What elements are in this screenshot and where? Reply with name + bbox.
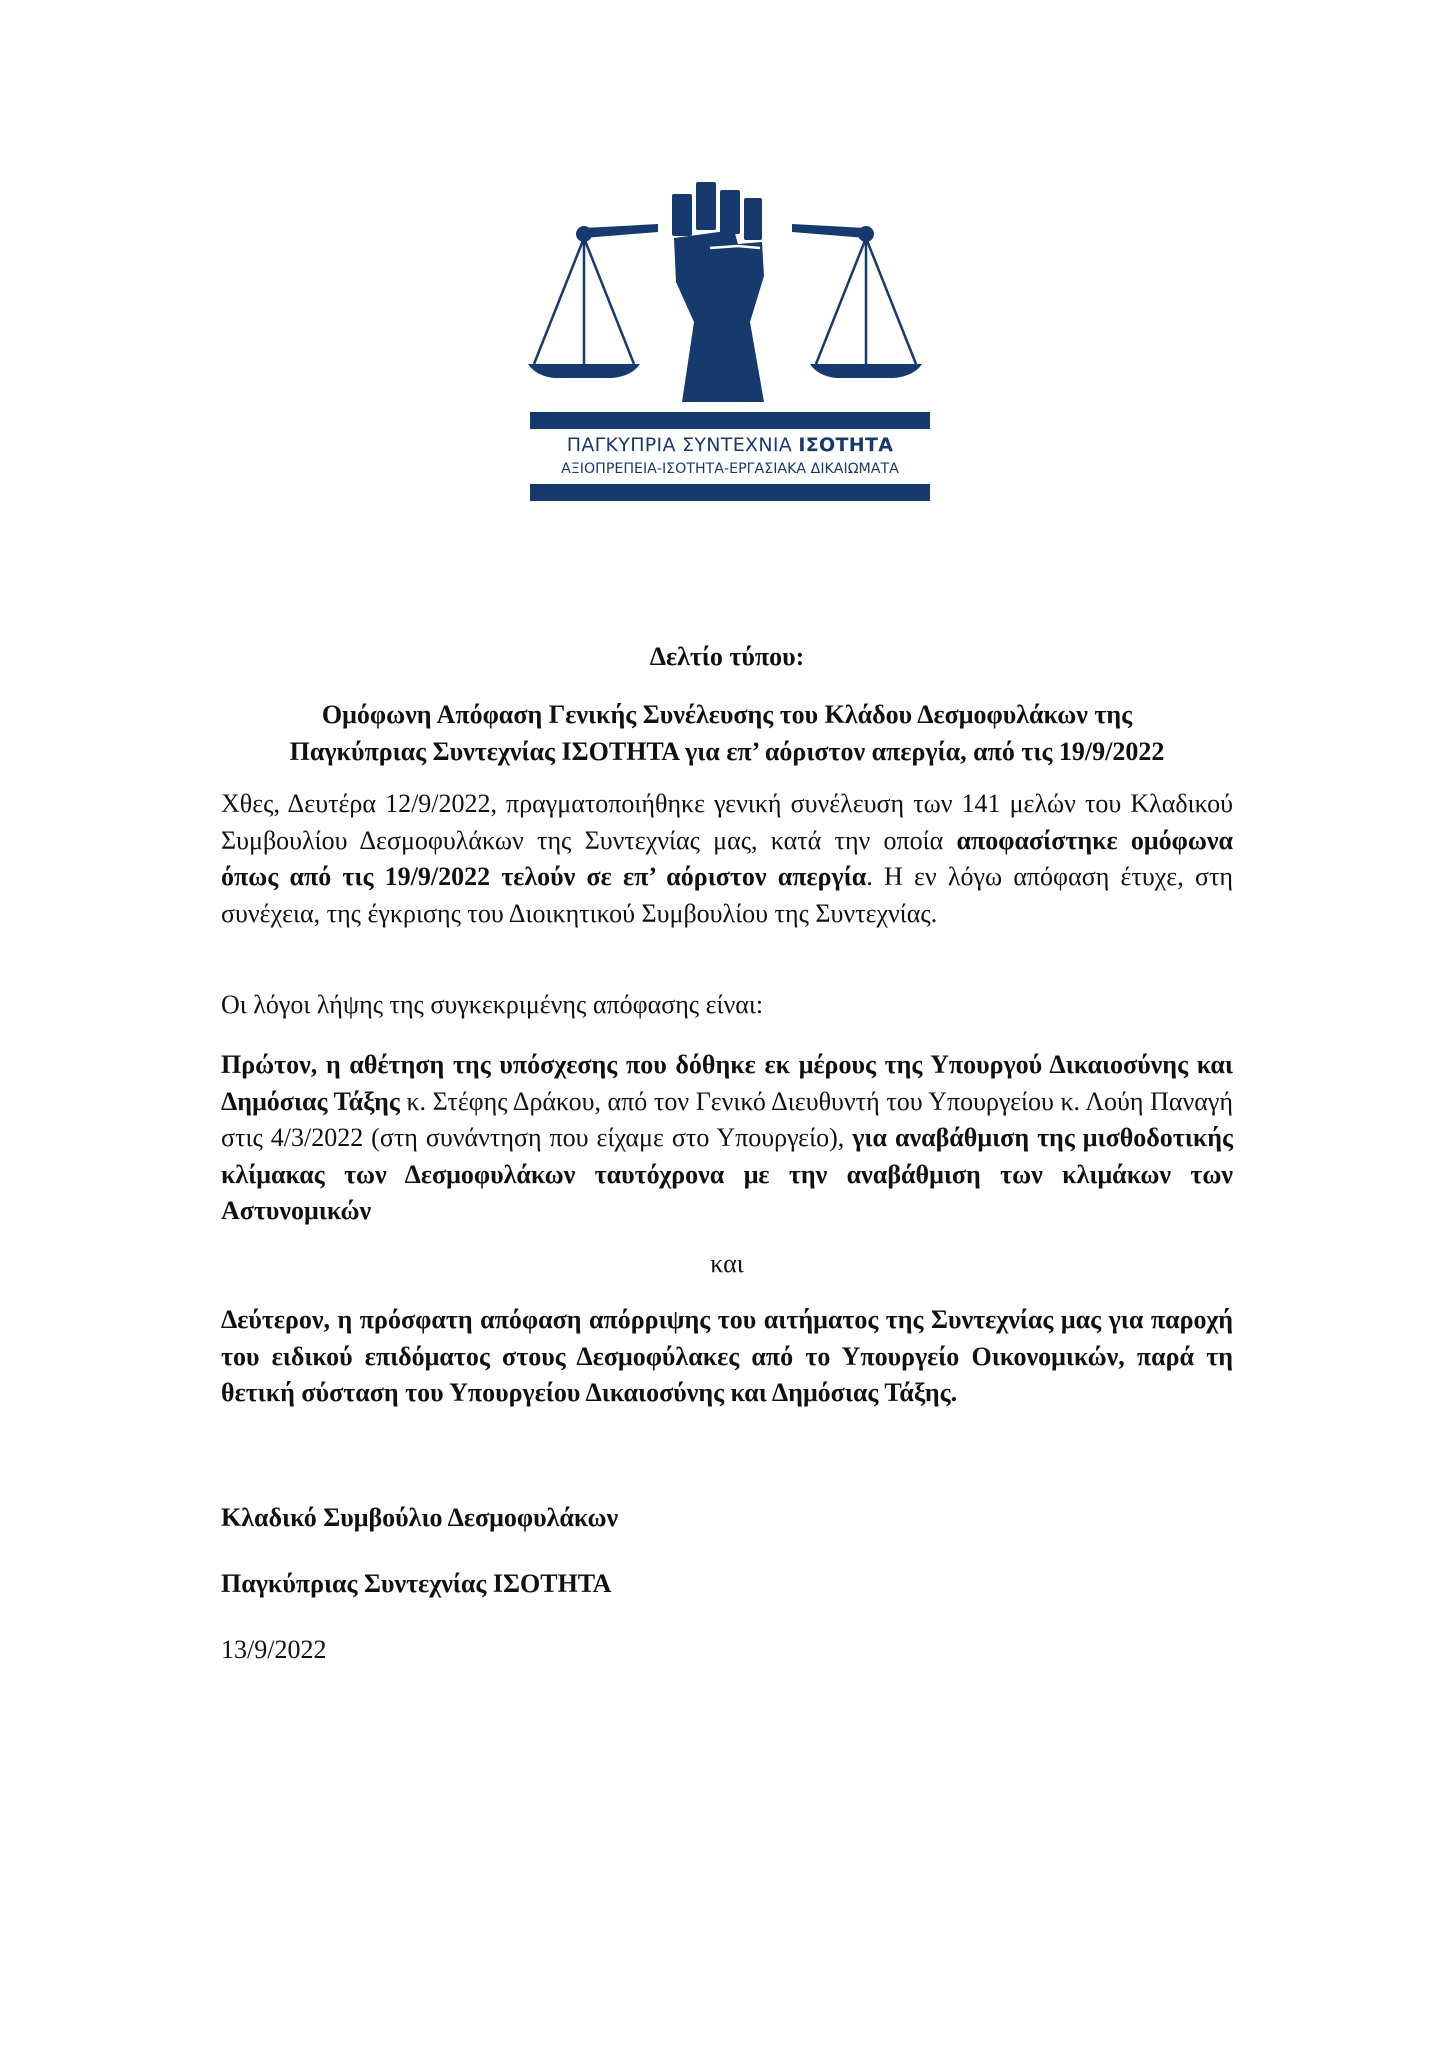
logo-bottom-bar [530, 484, 930, 501]
reason-first: Πρώτον, η αθέτηση της υπόσχεσης που δόθη… [221, 1047, 1233, 1230]
union-logo: ΠΑΓΚΥΠΡΙΑ ΣΥΝΤΕΧΝΙΑ ΙΣΟΤΗΤΑ ΑΞΙΟΠΡΕΠΕΙΑ-… [524, 172, 932, 502]
reason-second: Δεύτερον, η πρόσφατη απόφαση απόρριψης τ… [221, 1302, 1233, 1412]
conjunction: και [221, 1246, 1233, 1283]
logo-title: ΠΑΓΚΥΠΡΙΑ ΣΥΝΤΕΧΝΙΑ ΙΣΟΤΗΤΑ [524, 434, 936, 456]
headline-line-1: Ομόφωνη Απόφαση Γενικής Συνέλευσης του Κ… [221, 696, 1233, 733]
reasons-intro: Οι λόγοι λήψης της συγκεκριμένης απόφαση… [221, 987, 1233, 1024]
headline-line-2: Παγκύπριας Συντεχνίας ΙΣΟΤΗΤΑ για επ’ αό… [221, 733, 1233, 770]
intro-paragraph: Χθες, Δευτέρα 12/9/2022, πραγματοποιήθηκ… [221, 786, 1233, 932]
signature-council: Κλαδικό Συμβούλιο Δεσμοφυλάκων [221, 1500, 1233, 1537]
release-date: 13/9/2022 [221, 1632, 1233, 1669]
signature-union: Παγκύπριας Συντεχνίας ΙΣΟΤΗΤΑ [221, 1566, 1233, 1603]
logo-top-bar [530, 412, 930, 429]
document-label: Δελτίο τύπου: [221, 638, 1233, 675]
logo-subtitle: ΑΞΙΟΠΡΕΠΕΙΑ-ΙΣΟΤΗΤΑ-ΕΡΓΑΣΙΑΚΑ ΔΙΚΑΙΩΜΑΤΑ [524, 461, 936, 477]
scales-of-justice-with-raised-fist-icon [524, 172, 936, 412]
